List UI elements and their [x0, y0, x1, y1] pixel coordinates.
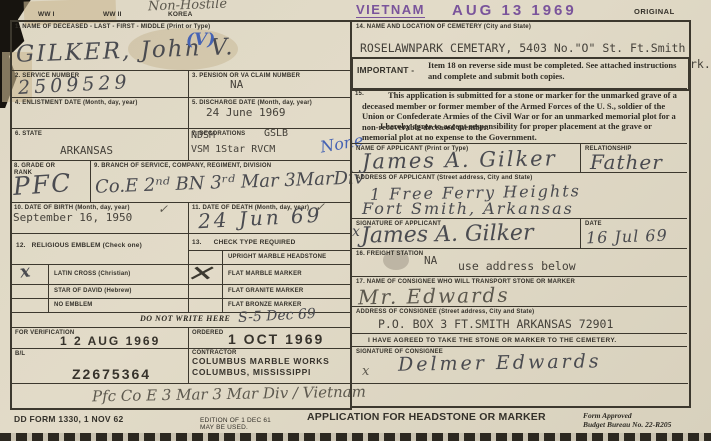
edition-note-line1: EDITION OF 1 DEC 61 [200, 417, 271, 424]
upright-marble-option: UPRIGHT MARBLE HEADSTONE [228, 254, 326, 261]
relationship-value: Father [590, 150, 663, 174]
vietnam-stamp: VIETNAM [356, 2, 425, 18]
edition-note-line2: MAY BE USED. [200, 424, 248, 431]
no-emblem-option: NO EMBLEM [54, 302, 92, 309]
decorations-line1a: NDSM [191, 130, 215, 141]
birth-checkmark: ✓ [158, 202, 168, 216]
freight-station-value: NA [424, 254, 437, 267]
applicant-address-label: ADDRESS OF APPLICANT (Street address, Ci… [356, 175, 532, 182]
branch-of-service-label: 9. BRANCH OF SERVICE, COMPANY, REGIMENT,… [94, 163, 271, 170]
form-approved-line2: Budget Bureau No. 22-R205 [583, 420, 671, 431]
freight-station-label: 16. FREIGHT STATION [356, 251, 423, 258]
latin-cross-option: LATIN CROSS (Christian) [54, 271, 131, 278]
star-of-david-option: STAR OF DAVID (Hebrew) [54, 288, 132, 295]
freight-station-note: use address below [458, 259, 576, 273]
name-annotation: (V) [186, 30, 215, 50]
contractor-city-stamp: COLUMBUS, MISSISSIPPI [192, 367, 311, 377]
original-label: ORIGINAL [634, 8, 675, 15]
applicant-signature-value: James A. Gilker [361, 220, 534, 248]
item15-paragraph2: I hereby agree to accept responsibility … [362, 121, 680, 142]
name-of-deceased-label: 1. NAME OF DECEASED - LAST - FIRST - MID… [15, 24, 210, 31]
contractor-name-stamp: COLUMBUS MARBLE WORKS [192, 356, 329, 366]
applicant-name-value: James A. Gilker [362, 146, 557, 173]
consignee-name-value: Mr. Edwards [358, 283, 510, 310]
scan-edge-strip [0, 433, 711, 441]
verification-date-stamp: 1 2 AUG 1969 [60, 334, 160, 348]
date-value: 16 Jul 69 [586, 226, 668, 248]
enlistment-date-label: 4. ENLISTMENT DATE (Month, day, year) [15, 100, 138, 107]
cemetery-value-overflow: rk. [690, 57, 711, 71]
decorations-line2: VSM 1Star RVCM [191, 144, 275, 155]
consignee-signature-x: x [362, 364, 369, 379]
important-text: Item 18 on reverse side must be complete… [428, 60, 680, 81]
agreed-statement: I HAVE AGREED TO TAKE THE STONE OR MARKE… [368, 337, 617, 344]
ordered-date-stamp: 1 OCT 1969 [228, 331, 324, 347]
ww2-label: WW II [103, 11, 122, 18]
form-title: APPLICATION FOR HEADSTONE OR MARKER [307, 414, 546, 421]
date-of-birth-value: September 16, 1950 [13, 211, 132, 224]
state-value: ARKANSAS [60, 144, 113, 157]
applicant-signature-x: x [352, 224, 360, 240]
do-not-write-label: DO NOT WRITE HERE [140, 314, 230, 325]
ordered-label: ORDERED [192, 330, 223, 337]
important-label: IMPORTANT - [357, 67, 414, 74]
ww1-label: WW I [38, 11, 55, 18]
cemetery-label: 14. NAME AND LOCATION OF CEMETERY (City … [356, 24, 531, 31]
death-checkmark: ✓ [315, 200, 325, 214]
bl-number-stamp: Z2675364 [72, 366, 151, 382]
discharge-date-value: 24 June 1969 [206, 106, 285, 119]
form-number: DD FORM 1330, 1 NOV 62 [14, 416, 124, 423]
bl-label: B/L [15, 351, 25, 358]
flat-marble-checkbox-mark: ✕ [185, 262, 213, 287]
consignee-address-value: P.O. BOX 3 FT.SMITH ARKANSAS 72901 [378, 317, 613, 331]
religious-emblem-label: 12. RELIGIOUS EMBLEM (Check one) [16, 242, 142, 249]
scanned-form: WW I WW II KOREA Non-Hostile VIETNAM AUG… [0, 0, 711, 441]
pension-claim-label: 3. PENSION OR VA CLAIM NUMBER [192, 73, 300, 80]
state-label: 6. STATE [15, 131, 42, 138]
received-date-stamp: AUG 13 1969 [452, 2, 577, 19]
consignee-address-label: ADDRESS OF CONSIGNEE (Street address, Ci… [356, 309, 534, 316]
flat-marble-option: FLAT MARBLE MARKER [228, 271, 302, 278]
check-type-label: 13. CHECK TYPE REQUIRED [192, 239, 295, 246]
flat-granite-option: FLAT GRANITE MARKER [228, 288, 303, 295]
cemetery-value: ROSELAWNPARK CEMETARY, 5403 No."O" St. F… [360, 41, 685, 55]
grade-rank-value: PFC [12, 168, 73, 201]
pension-claim-value: NA [230, 78, 243, 91]
applicant-address-line2: Fort Smith, Arkansas [362, 199, 574, 218]
consignee-signature-value: Delmer Edwards [398, 350, 602, 376]
decorations-line1b: GSLB [264, 128, 288, 139]
